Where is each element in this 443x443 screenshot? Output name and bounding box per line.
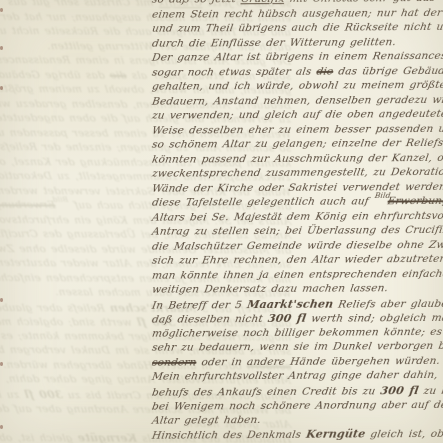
handwriting-segment: Mein ehrfurchtsvollster Antrag ginge dah… (151, 370, 438, 383)
handwritten-line: Mein ehrfurchtsvollster Antrag ginge dah… (151, 370, 439, 384)
handwriting-segment-strong: Maarkt'schen (246, 298, 334, 311)
handwritten-line: sich zur Ehre rechnen, den Altar wieder … (151, 253, 443, 267)
handwriting-segment: gleich ist, ob ein (364, 428, 443, 440)
handwritten-line: Weise desselben eher zu einem besser pas… (151, 123, 443, 138)
handwritten-line: Bedauern, Anstand nehmen, denselben gera… (151, 94, 443, 108)
handwritten-line: Wände der Kirche oder Sakristei verwende… (151, 181, 443, 195)
handwriting-segment: zu bewilligen (418, 385, 443, 397)
handwritten-line: Der ganze Altar ist übrigens in einem Re… (151, 50, 443, 64)
paper-speck (0, 362, 3, 366)
handwriting-segment-strike: die (316, 66, 335, 78)
paper-speck (0, 46, 3, 50)
handwritten-line: so daß so jetzt Crucifix mit Christus se… (151, 0, 436, 7)
handwriting-segment: könnten passend zur Ausschmückung der Ka… (151, 152, 443, 165)
handwriting-segment: sogar noch etwas später als (151, 66, 317, 79)
handwriting-segment-underline: Crucifix (240, 0, 285, 5)
handwritten-line: zweckentsprechend zusammengestellt, zu D… (151, 166, 443, 181)
handwriting-segment: mit Christus sehr gut aus (284, 0, 436, 5)
paper-speck (0, 86, 3, 90)
manuscript-text: so daß so jetzt Crucifix mit Christus se… (0, 0, 443, 443)
handwriting-segment: behufs des Ankaufs einen Credit bis zu (151, 385, 381, 398)
handwriting-segment: zweckentsprechend zusammengestellt, zu D… (151, 166, 443, 180)
paper-speck (0, 298, 3, 302)
handwritten-line: gehalten, und ich würde, obwohl zu meine… (151, 79, 443, 93)
handwriting-segment: Reliefs aber glaube ich, (332, 298, 443, 310)
handwriting-segment: gehalten, und ich würde, obwohl zu meine… (151, 79, 443, 92)
paper-speck (0, 425, 3, 429)
handwriting-segment: einem Stein recht hübsch ausgehauen; nur… (151, 7, 443, 20)
handwriting-segment: man könnte ihnen ja einen entsprechenden… (151, 268, 443, 282)
handwriting-segment: durch die Einflüsse der Witterung gelitt… (151, 36, 397, 49)
handwritten-line: man könnte ihnen ja einen entsprechenden… (151, 268, 443, 283)
handwriting-segment: Der ganze Altar ist übrigens in einem Re… (151, 50, 443, 63)
handwritten-line: behufs des Ankaufs einen Credit bis zu 3… (151, 384, 443, 400)
handwriting-segment: sich zur Ehre rechnen, den Altar wieder … (151, 253, 443, 266)
handwritten-line: sondern oder in andere Hände übergehen w… (151, 355, 441, 369)
handwriting-segment-strong: Kerngüte (305, 428, 366, 441)
manuscript-page: so daß so jetzt Crucifix mit Christus se… (0, 0, 443, 443)
handwritten-line: möglicherweise noch billiger bekommen kö… (151, 326, 443, 340)
handwriting-segment: das übrige Gebäude (332, 65, 443, 77)
handwritten-line: die Malschützer Gemeinde würde dieselbe … (151, 239, 443, 254)
handwriting-segment: zu verwenden; und gleich auf die oben an… (151, 108, 443, 121)
handwritten-line: diese Tafelstelle gelegentlich auch auf … (151, 195, 443, 210)
handwritten-line: sehr zu bedauern, wenn sie im Dunkel ver… (151, 340, 443, 354)
paper-speck (0, 8, 3, 12)
handwriting-segment: so schönem Altar zu gelangen; einzelne d… (151, 137, 443, 150)
handwriting-segment: In Betreff der 5 (151, 299, 248, 311)
handwriting-segment: oder in andere Hände übergehen würden. (195, 355, 440, 368)
handwriting-segment-strike: sondern (151, 356, 197, 368)
handwritten-line: einem Stein recht hübsch ausgehauen; nur… (151, 7, 443, 21)
handwritten-line: Antrag zu stellen sein; bei Überlassung … (151, 224, 443, 238)
handwritten-line: durch die Einflüsse der Witterung gelitt… (151, 36, 397, 50)
handwriting-segment: weitigen Denkersatz dazu machen lassen. (151, 283, 389, 296)
handwritten-line: weitigen Denkersatz dazu machen lassen. (151, 283, 389, 297)
handwritten-line: so schönem Altar zu gelangen; einzelne d… (151, 137, 443, 151)
handwriting-segment: werth sind; obgleich man sie (305, 312, 443, 325)
handwriting-segment: und zum Theil übrigens auch die Rückseit… (151, 21, 443, 35)
handwritten-line: und zum Theil übrigens auch die Rückseit… (151, 21, 443, 36)
handwriting-segment-sup: Bild (374, 191, 391, 200)
handwriting-segment: Bedauern, Anstand nehmen, denselben gera… (151, 94, 443, 107)
handwriting-segment-strong: 300 fl (267, 312, 307, 325)
handwritten-line: daß dieselben nicht 300 fl werth sind; o… (151, 311, 443, 326)
handwritten-line: sogar noch etwas später als die das übri… (151, 65, 443, 79)
handwriting-segment: möglicherweise noch billiger bekommen kö… (151, 326, 443, 339)
handwritten-line: bei Wenigem noch schönere Anordnung aber… (151, 398, 443, 414)
handwriting-segment: Hinsichtlich des Denkmals (151, 429, 307, 441)
handwriting-segment-strong: 300 fl (379, 384, 419, 397)
handwriting-segment: Altars bei Se. Majestät dem König ein eh… (151, 210, 443, 223)
handwriting-segment-strike: Erwerbung (387, 195, 443, 207)
handwriting-segment: bei Wenigem noch schönere Anordnung aber… (151, 399, 443, 412)
handwriting-segment: Weise desselben eher zu einem besser pas… (151, 123, 443, 137)
handwriting-segment: Wände der Kirche oder Sakristei verwende… (151, 181, 443, 194)
handwriting-segment: diese Tafelstelle gelegentlich auch auf (151, 196, 375, 209)
handwriting-segment: so daß so jetzt (151, 0, 242, 6)
handwriting-segment: daß dieselben nicht (151, 314, 269, 326)
handwritten-line: Altar gelegt haben. (151, 414, 262, 427)
handwritten-line: könnten passend zur Ausschmückung der Ka… (151, 152, 443, 166)
handwritten-line: In Betreff der 5 Maarkt'schen Reliefs ab… (151, 297, 443, 312)
handwritten-line: Hinsichtlich des Denkmals Kerngüte gleic… (151, 427, 443, 442)
handwriting-segment: sehr zu bedauern, wenn sie im Dunkel ver… (151, 340, 443, 354)
handwritten-line: zu verwenden; und gleich auf die oben an… (151, 108, 443, 122)
handwriting-segment: die Malschützer Gemeinde würde dieselbe … (151, 239, 443, 253)
handwriting-segment: Altar gelegt haben. (151, 414, 262, 426)
handwriting-segment: Antrag zu stellen sein; bei Überlassung … (151, 224, 443, 238)
handwritten-line: Altars bei Se. Majestät dem König ein eh… (151, 210, 443, 224)
